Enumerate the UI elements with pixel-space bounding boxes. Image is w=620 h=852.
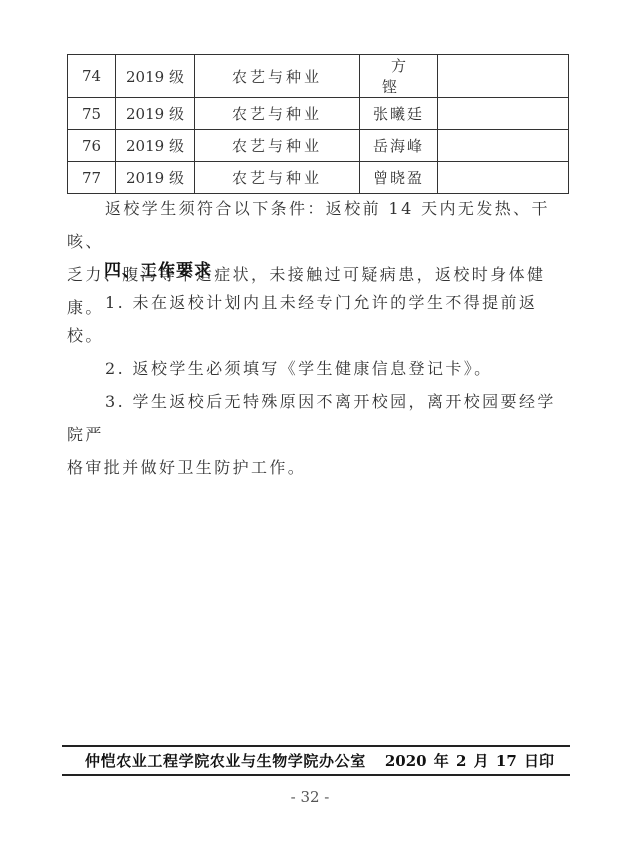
list-item: 1. 未在返校计划内且未经专门允许的学生不得提前返校。 xyxy=(67,286,569,352)
list-item: 2. 返校学生必须填写《学生健康信息登记卡》。 xyxy=(67,352,569,385)
cell-major: 农艺与种业 xyxy=(195,55,360,98)
student-roster-table: 74 2019 级 农艺与种业 方铿 75 2019 级 农艺与种业 张曦廷 7… xyxy=(67,54,569,194)
cell-name: 岳海峰 xyxy=(360,130,438,162)
table-row: 76 2019 级 农艺与种业 岳海峰 xyxy=(68,130,569,162)
page-number: - 32 - xyxy=(0,788,620,806)
table-row: 77 2019 级 农艺与种业 曾晓盈 xyxy=(68,162,569,194)
list-item-text: 2. 返校学生必须填写《学生健康信息登记卡》。 xyxy=(105,359,493,378)
cell-major: 农艺与种业 xyxy=(195,98,360,130)
list-item-text: 1. 未在返校计划内且未经专门允许的学生不得提前返校。 xyxy=(67,293,537,345)
cell-major: 农艺与种业 xyxy=(195,162,360,194)
footer-print-date: 2020 年 2 月 17 日印 xyxy=(385,750,554,771)
cell-number: 74 xyxy=(68,55,116,98)
student-name: 方铿 xyxy=(373,57,424,96)
requirements-list: 1. 未在返校计划内且未经专门允许的学生不得提前返校。 2. 返校学生必须填写《… xyxy=(67,286,569,484)
list-item-continuation: 格审批并做好卫生防护工作。 xyxy=(67,451,569,484)
cell-year: 2019 级 xyxy=(116,162,195,194)
cell-note xyxy=(438,162,569,194)
paragraph-text: 返校学生须符合以下条件：返校前 14 天内无发热、干咳、 xyxy=(67,199,550,251)
list-item-text: 格审批并做好卫生防护工作。 xyxy=(67,458,306,477)
cell-major: 农艺与种业 xyxy=(195,130,360,162)
cell-name: 张曦廷 xyxy=(360,98,438,130)
cell-note xyxy=(438,55,569,98)
list-item: 3. 学生返校后无特殊原因不离开校园，离开校园要经学院严 xyxy=(67,385,569,451)
footer-organization: 仲恺农业工程学院农业与生物学院办公室 xyxy=(85,750,366,771)
cell-name: 方铿 xyxy=(360,55,438,98)
footer-bottom-rule xyxy=(62,774,570,776)
document-page: 74 2019 级 农艺与种业 方铿 75 2019 级 农艺与种业 张曦廷 7… xyxy=(0,0,620,852)
table-row: 75 2019 级 农艺与种业 张曦廷 xyxy=(68,98,569,130)
cell-year: 2019 级 xyxy=(116,55,195,98)
cell-year: 2019 级 xyxy=(116,130,195,162)
table-row: 74 2019 级 农艺与种业 方铿 xyxy=(68,55,569,98)
cell-number: 76 xyxy=(68,130,116,162)
cell-year: 2019 级 xyxy=(116,98,195,130)
section-heading: 四、工作要求 xyxy=(104,256,212,281)
cell-name: 曾晓盈 xyxy=(360,162,438,194)
cell-number: 75 xyxy=(68,98,116,130)
footer-top-rule xyxy=(62,745,570,747)
paragraph-line: 返校学生须符合以下条件：返校前 14 天内无发热、干咳、 xyxy=(67,192,569,258)
cell-note xyxy=(438,130,569,162)
list-item-text: 3. 学生返校后无特殊原因不离开校园，离开校园要经学院严 xyxy=(67,392,556,444)
cell-number: 77 xyxy=(68,162,116,194)
cell-note xyxy=(438,98,569,130)
